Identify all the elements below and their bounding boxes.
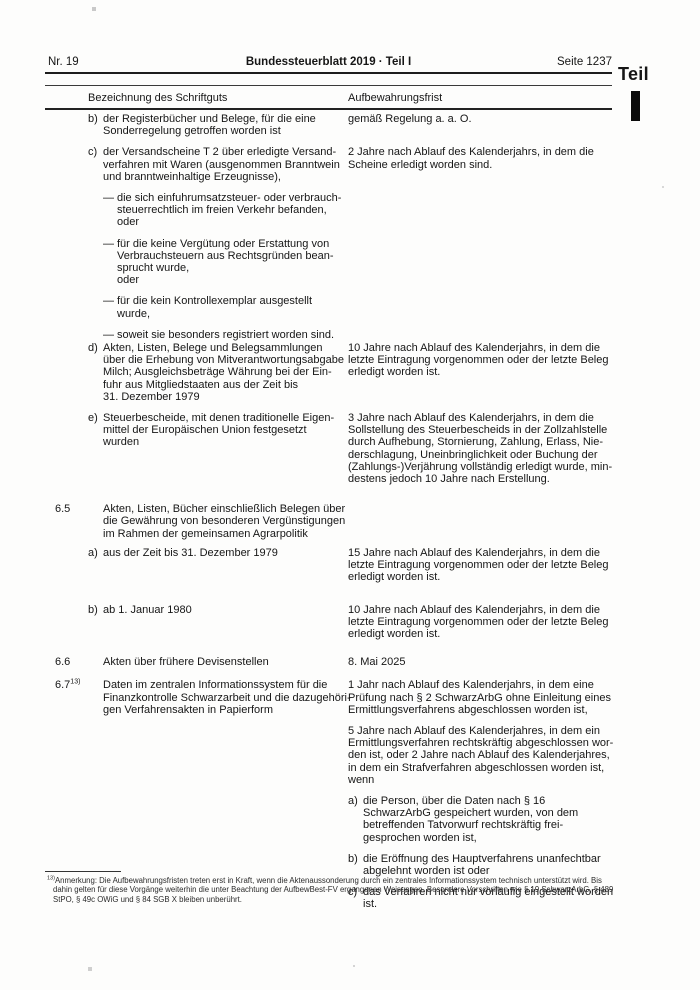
section-number: [55, 238, 88, 287]
table-row: b)der Registerbücher und Belege, für die…: [45, 113, 612, 137]
item-label: —: [103, 329, 114, 341]
frist-item-label: a): [348, 795, 358, 807]
item-text: Akten, Listen, Belege und Belegsammlunge…: [88, 342, 340, 403]
schriftgut-cell: a)aus der Zeit bis 31. Dezember 1979: [88, 547, 340, 593]
table-row: —soweit sie besonders registriert worden…: [45, 329, 612, 341]
section-number: [55, 604, 88, 650]
table-row: d)Akten, Listen, Belege und Belegsammlun…: [45, 342, 612, 403]
part-tab: Teil: [618, 64, 678, 121]
item-text: Daten im zentralen Informationssystem fü…: [88, 679, 340, 716]
footnote: 13)Anmerkung: Die Aufbewahrungsfristen t…: [47, 876, 619, 904]
item-text: für die keine Vergütung oder Erstattung …: [88, 238, 340, 287]
section-number: [55, 329, 88, 341]
frist-text: gemäß Regelung a. a. O.: [348, 113, 472, 125]
frist-cell: [348, 503, 616, 540]
column-header-rule: [45, 108, 612, 110]
schriftgut-cell: —die sich einfuhrumsatzsteuer- oder verb…: [88, 192, 340, 229]
item-text: für die kein Kontrollexemplar ausgestell…: [88, 295, 340, 319]
frist-paragraph: a)die Person, über die Daten nach § 16 S…: [348, 795, 616, 844]
item-label: b): [88, 604, 98, 616]
schriftgut-cell: b)ab 1. Januar 1980: [88, 604, 340, 650]
section-number: [55, 295, 88, 319]
frist-paragraph: 15 Jahre nach Ablauf des Kalenderjahrs, …: [348, 547, 616, 584]
part-label: Teil: [618, 64, 678, 85]
item-label: —: [103, 192, 114, 204]
item-label: a): [88, 547, 98, 559]
frist-cell: [348, 192, 616, 229]
item-text: die sich einfuhrumsatzsteuer- oder verbr…: [88, 192, 340, 229]
frist-cell: [348, 238, 616, 287]
frist-item-label: b): [348, 853, 358, 865]
column-header-schriftgut: Bezeichnung des Schriftguts: [88, 92, 227, 104]
schriftgut-cell: c)der Versandscheine T 2 über erledigte …: [88, 146, 340, 183]
section-number: 6.5: [55, 503, 88, 540]
page-number: Seite 1237: [557, 56, 612, 68]
header-rule: [45, 72, 612, 74]
item-text: der Registerbücher und Belege, für die e…: [88, 113, 340, 137]
column-header-frist: Aufbewahrungsfrist: [348, 92, 442, 104]
table-top-rule: [45, 85, 612, 86]
item-label: —: [103, 295, 114, 307]
schriftgut-cell: Akten, Listen, Bücher einschließlich Bel…: [88, 503, 340, 540]
frist-text: 10 Jahre nach Ablauf des Kalenderjahrs, …: [348, 342, 609, 378]
item-label: c): [88, 146, 97, 158]
schriftgut-cell: —soweit sie besonders registriert worden…: [88, 329, 340, 341]
frist-text: 10 Jahre nach Ablauf des Kalenderjahrs, …: [348, 604, 609, 640]
frist-text: 1 Jahr nach Ablauf des Kalenderjahrs, in…: [348, 679, 611, 715]
schriftgut-cell: —für die keine Vergütung oder Erstattung…: [88, 238, 340, 287]
frist-cell: 10 Jahre nach Ablauf des Kalenderjahrs, …: [348, 604, 616, 650]
section-number: [55, 342, 88, 403]
frist-cell: 8. Mai 2025: [348, 656, 616, 677]
section-number: [55, 412, 88, 494]
frist-cell: 3 Jahre nach Ablauf des Kalenderjahrs, i…: [348, 412, 616, 494]
table-row: e)Steuerbescheide, mit denen traditionel…: [45, 412, 612, 494]
frist-paragraph: b)die Eröffnung des Hauptverfahrens unan…: [348, 853, 616, 877]
frist-paragraph: gemäß Regelung a. a. O.: [348, 113, 616, 125]
schriftgut-cell: d)Akten, Listen, Belege und Belegsammlun…: [88, 342, 340, 403]
item-text: ab 1. Januar 1980: [88, 604, 340, 616]
table-row: 6.5Akten, Listen, Bücher einschließlich …: [45, 503, 612, 540]
part-numeral-bar: [631, 91, 640, 121]
frist-cell: 10 Jahre nach Ablauf des Kalenderjahrs, …: [348, 342, 616, 403]
frist-paragraph: 3 Jahre nach Ablauf des Kalenderjahrs, i…: [348, 412, 616, 485]
frist-paragraph: 1 Jahr nach Ablauf des Kalenderjahrs, in…: [348, 679, 616, 716]
table-row: —für die keine Vergütung oder Erstattung…: [45, 238, 612, 287]
table-row: 6.6Akten über frühere Devisenstellen8. M…: [45, 656, 612, 677]
item-text: Akten über frühere Devisenstellen: [88, 656, 340, 668]
frist-text: die Eröffnung des Hauptverfahrens unanfe…: [363, 853, 601, 877]
frist-text: 15 Jahre nach Ablauf des Kalenderjahrs, …: [348, 547, 609, 583]
footnote-rule: [45, 871, 121, 872]
journal-title: Bundessteuerblatt 2019 · Teil I: [45, 56, 612, 68]
section-number: [55, 192, 88, 229]
schriftgut-cell: —für die kein Kontrollexemplar ausgestel…: [88, 295, 340, 319]
section-number: 6.6: [55, 656, 88, 677]
frist-text: 8. Mai 2025: [348, 656, 405, 668]
frist-paragraph: 10 Jahre nach Ablauf des Kalenderjahrs, …: [348, 342, 616, 379]
footnote-marker: 13): [47, 875, 55, 881]
item-text: aus der Zeit bis 31. Dezember 1979: [88, 547, 340, 559]
frist-paragraph: 2 Jahre nach Ablauf des Kalenderjahrs, i…: [348, 146, 616, 170]
item-label: d): [88, 342, 98, 354]
retention-table-body: b)der Registerbücher und Belege, für die…: [45, 113, 612, 929]
item-label: —: [103, 238, 114, 250]
footnote-text: Anmerkung: Die Aufbewahrungsfristen tret…: [53, 876, 613, 904]
frist-paragraph: 10 Jahre nach Ablauf des Kalenderjahrs, …: [348, 604, 616, 641]
item-text: soweit sie besonders registriert worden …: [88, 329, 340, 341]
frist-cell: [348, 295, 616, 319]
frist-cell: 2 Jahre nach Ablauf des Kalenderjahrs, i…: [348, 146, 616, 183]
item-text: der Versandscheine T 2 über erledigte Ve…: [88, 146, 340, 183]
table-row: c)der Versandscheine T 2 über erledigte …: [45, 146, 612, 183]
schriftgut-cell: e)Steuerbescheide, mit denen traditionel…: [88, 412, 340, 494]
section-number: [55, 146, 88, 183]
frist-paragraph: 5 Jahre nach Ablauf des Kalenderjahres, …: [348, 725, 616, 786]
table-row: a)aus der Zeit bis 31. Dezember 197915 J…: [45, 547, 612, 593]
item-label: e): [88, 412, 98, 424]
frist-cell: gemäß Regelung a. a. O.: [348, 113, 616, 137]
frist-text: die Person, über die Daten nach § 16 Sch…: [363, 795, 578, 844]
table-row: b)ab 1. Januar 198010 Jahre nach Ablauf …: [45, 604, 612, 650]
page-header: Nr. 19 Bundessteuerblatt 2019 · Teil I S…: [45, 56, 612, 72]
frist-text: 5 Jahre nach Ablauf des Kalenderjahres, …: [348, 725, 613, 786]
scan-speckles: [0, 0, 2, 2]
table-row: —für die kein Kontrollexemplar ausgestel…: [45, 295, 612, 319]
frist-text: 3 Jahre nach Ablauf des Kalenderjahrs, i…: [348, 412, 612, 485]
table-column-headers: Bezeichnung des Schriftguts Aufbewahrung…: [45, 92, 612, 106]
schriftgut-cell: b)der Registerbücher und Belege, für die…: [88, 113, 340, 137]
section-number: [55, 547, 88, 593]
section-number: [55, 113, 88, 137]
item-text: Akten, Listen, Bücher einschließlich Bel…: [88, 503, 340, 540]
table-row: —die sich einfuhrumsatzsteuer- oder verb…: [45, 192, 612, 229]
schriftgut-cell: Akten über frühere Devisenstellen: [88, 656, 340, 677]
frist-cell: 15 Jahre nach Ablauf des Kalenderjahrs, …: [348, 547, 616, 593]
frist-cell: [348, 329, 616, 341]
frist-text: 2 Jahre nach Ablauf des Kalenderjahrs, i…: [348, 146, 594, 170]
frist-paragraph: 8. Mai 2025: [348, 656, 616, 668]
item-text: Steuerbescheide, mit denen traditionelle…: [88, 412, 340, 449]
item-label: b): [88, 113, 98, 125]
